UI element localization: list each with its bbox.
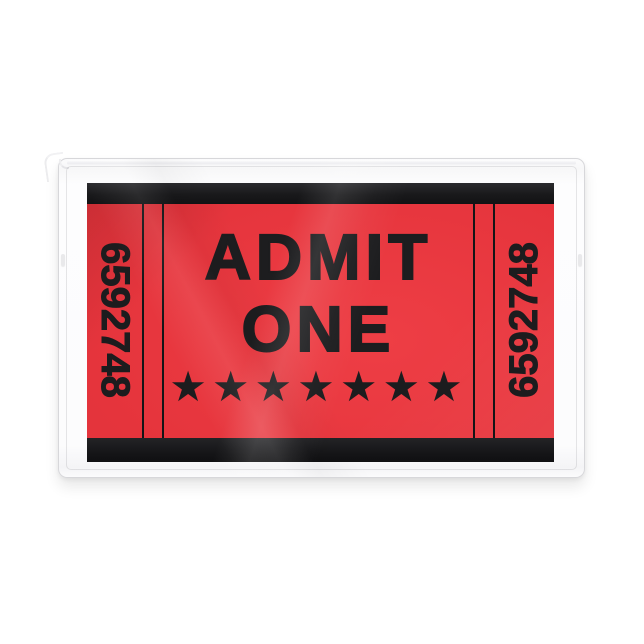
perforation-line-right-inner bbox=[473, 204, 475, 438]
serial-number-left: 6592748 bbox=[93, 200, 137, 440]
ticket-title-line1: ADMIT bbox=[205, 221, 433, 293]
ticket-red-field: 6592748 6592748 ADMIT ONE ★★★★★★★ bbox=[87, 204, 554, 438]
ticket-print: 6592748 6592748 ADMIT ONE ★★★★★★★ bbox=[87, 183, 554, 462]
tray-corner-reflection bbox=[43, 152, 67, 183]
perforation-line-right-outer bbox=[493, 204, 495, 438]
acrylic-tray: 6592748 6592748 ADMIT ONE ★★★★★★★ bbox=[58, 158, 585, 478]
tray-left-seam bbox=[61, 254, 65, 266]
product-photo-scene: 6592748 6592748 ADMIT ONE ★★★★★★★ bbox=[0, 0, 644, 644]
serial-number-right: 6592748 bbox=[502, 200, 546, 440]
perforation-line-left-outer bbox=[142, 204, 144, 438]
ticket-bottom-black-band bbox=[87, 438, 554, 462]
stars-row-icon: ★★★★★★★ bbox=[169, 366, 468, 408]
tray-right-seam bbox=[578, 254, 582, 266]
ticket-top-black-band bbox=[87, 183, 554, 204]
ticket-center-block: ADMIT ONE ★★★★★★★ bbox=[164, 204, 473, 438]
ticket-title-line2: ONE bbox=[242, 293, 396, 365]
